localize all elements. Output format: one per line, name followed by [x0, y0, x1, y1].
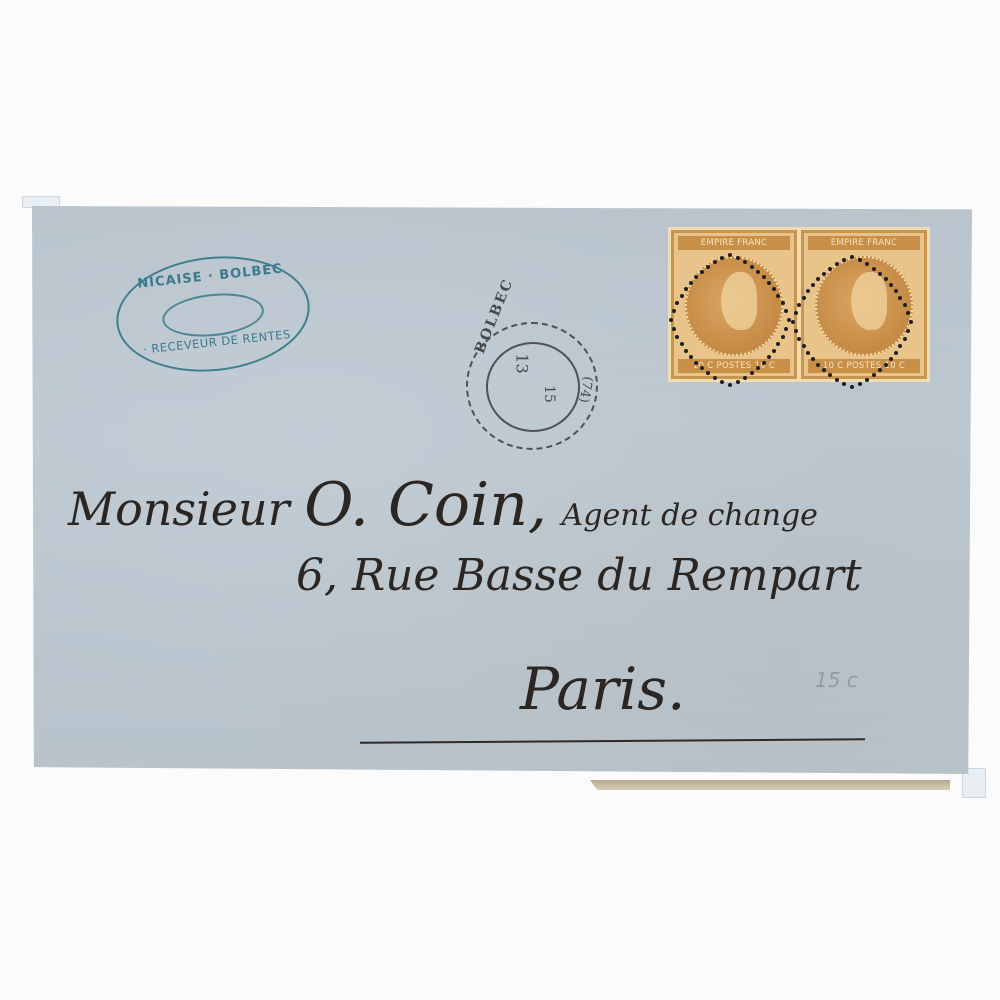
portrait-head-icon: [721, 272, 757, 330]
circular-date-postmark: BOLBEC 13 15 (74): [466, 322, 598, 450]
stamp-top-label: EMPIRE FRANC: [808, 236, 920, 250]
postmark-inner-ring: [486, 342, 580, 432]
portrait-head-icon: [851, 272, 887, 330]
recipient-title: Agent de change: [562, 498, 818, 533]
stamp-top-label: EMPIRE FRANC: [678, 236, 790, 250]
postage-stamp-pair: EMPIRE FRANC 10 C POSTES 10 C EMPIRE FRA…: [668, 227, 930, 382]
portrait-medallion: [815, 256, 913, 356]
stamp-bottom-label: 10 C POSTES 10 C: [808, 359, 920, 373]
pencil-note: 15 c: [815, 668, 858, 692]
postmark-day: 13: [513, 353, 532, 373]
cover-back-flap: [590, 780, 950, 790]
postage-stamp: EMPIRE FRANC 10 C POSTES 10 C: [671, 230, 797, 379]
address-city: Paris.: [520, 655, 685, 723]
address-line-1: Monsieur O. Coin, Agent de change: [68, 470, 818, 540]
portrait-medallion: [685, 256, 783, 356]
salutation: Monsieur: [68, 482, 290, 536]
stamp-bottom-label: 10 C POSTES 10 C: [678, 359, 790, 373]
recipient-name: O. Coin,: [304, 470, 547, 540]
postmark-month: 15: [541, 385, 557, 403]
address-line-2: 6, Rue Basse du Rempart: [296, 550, 862, 601]
postage-stamp: EMPIRE FRANC 10 C POSTES 10 C: [801, 230, 927, 379]
postmark-department: (74): [576, 375, 595, 404]
